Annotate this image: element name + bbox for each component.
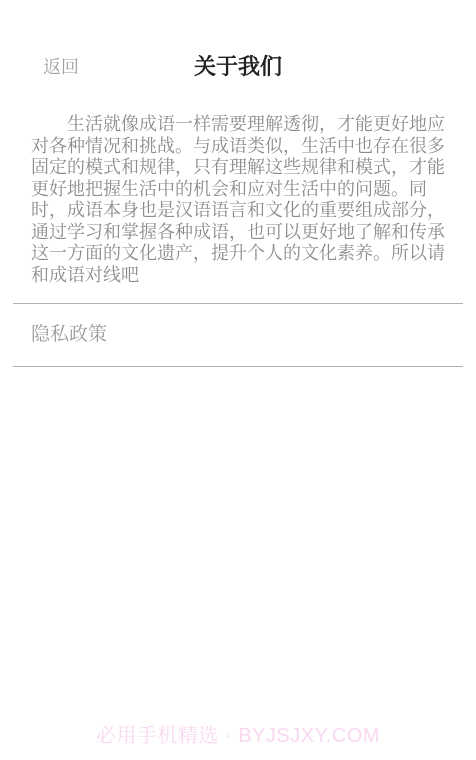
about-description: 生活就像成语一样需要理解透彻，才能更好地应 对各种情况和挑战。与成语类似，生活中… [31, 114, 465, 286]
watermark: 必用手机精选 · BYJSJXY.COM [0, 724, 476, 748]
about-screen: 返回 关于我们 生活就像成语一样需要理解透彻，才能更好地应 对各种情况和挑战。与… [0, 0, 476, 760]
page-title: 关于我们 [0, 53, 476, 80]
privacy-policy-item[interactable]: 隐私政策 [13, 303, 463, 367]
privacy-policy-label: 隐私政策 [31, 324, 107, 346]
